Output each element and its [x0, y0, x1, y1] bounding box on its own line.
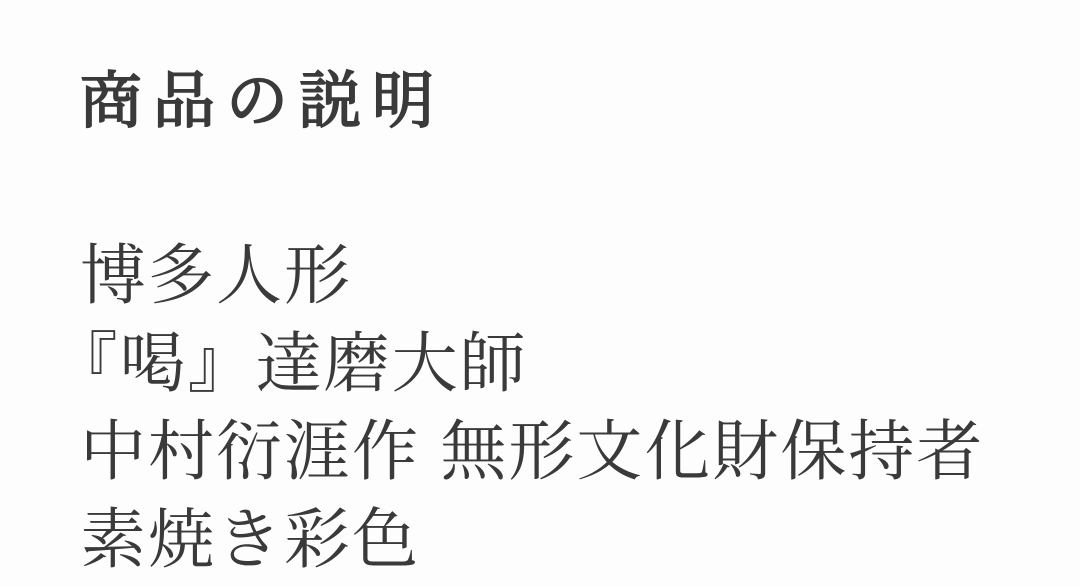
description-line: 素焼き彩色 — [80, 495, 1020, 583]
product-description-section: 商品の説明 博多人形 『喝』達磨大師 中村衍涯作 無形文化財保持者 素焼き彩色 — [0, 0, 1080, 586]
product-description-text: 博多人形 『喝』達磨大師 中村衍涯作 無形文化財保持者 素焼き彩色 — [80, 231, 1020, 583]
description-line: 『喝』達磨大師 — [52, 319, 1020, 407]
section-title: 商品の説明 — [80, 66, 1020, 137]
description-line: 博多人形 — [80, 231, 1020, 319]
description-line: 中村衍涯作 無形文化財保持者 — [80, 407, 1020, 495]
